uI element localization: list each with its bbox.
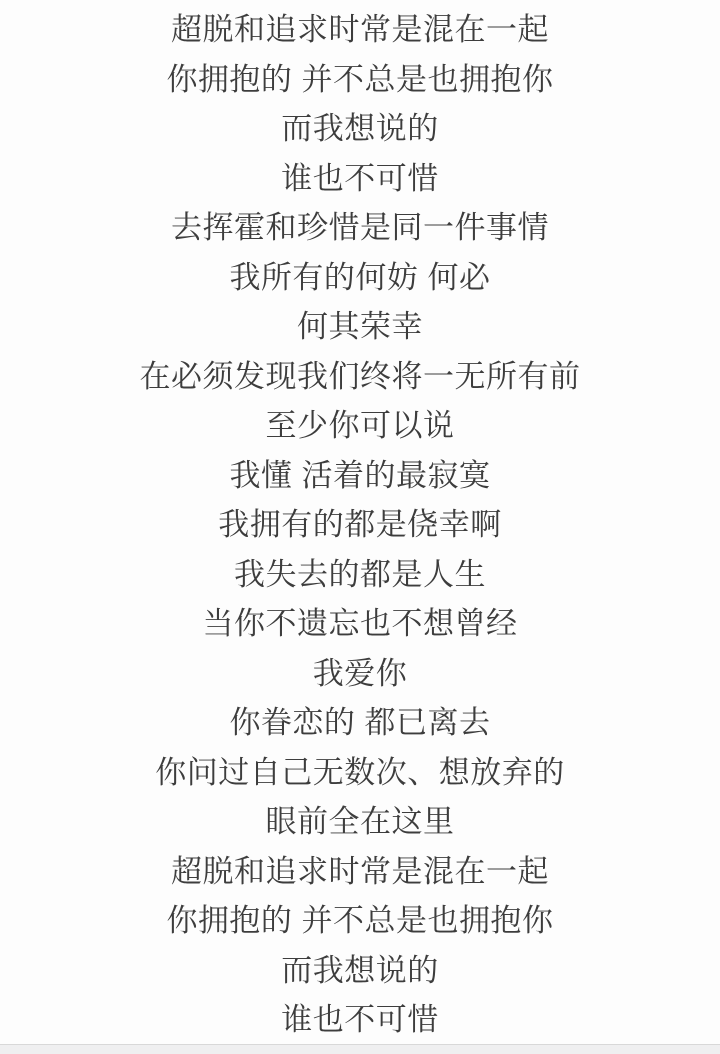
lyric-line: 我懂 活着的最寂寞 — [0, 451, 720, 501]
lyric-line: 当你不遗忘也不想曾经 — [0, 599, 720, 649]
lyric-line: 去挥霍和珍惜是同一件事情 — [0, 203, 720, 253]
lyric-line: 你眷恋的 都已离去 — [0, 698, 720, 748]
lyric-line: 你拥抱的 并不总是也拥抱你 — [0, 896, 720, 946]
lyric-line: 眼前全在这里 — [0, 797, 720, 847]
lyric-line: 而我想说的 — [0, 104, 720, 154]
lyric-line: 在必须发现我们终将一无所有前 — [0, 352, 720, 402]
lyric-line: 我拥有的都是侥幸啊 — [0, 500, 720, 550]
lyric-line: 至少你可以说 — [0, 401, 720, 451]
lyric-line: 超脱和追求时常是混在一起 — [0, 847, 720, 897]
lyric-line: 你问过自己无数次、想放弃的 — [0, 748, 720, 798]
lyrics-panel: 超脱和追求时常是混在一起 你拥抱的 并不总是也拥抱你 而我想说的 谁也不可惜 去… — [0, 0, 720, 1045]
lyric-line: 我失去的都是人生 — [0, 550, 720, 600]
lyric-line: 我所有的何妨 何必 — [0, 253, 720, 303]
lyric-line: 谁也不可惜 — [0, 995, 720, 1045]
lyric-line: 你拥抱的 并不总是也拥抱你 — [0, 55, 720, 105]
bottom-section-divider — [0, 1044, 720, 1054]
lyric-line: 何其荣幸 — [0, 302, 720, 352]
lyric-line: 超脱和追求时常是混在一起 — [0, 5, 720, 55]
lyric-line: 我爱你 — [0, 649, 720, 699]
lyric-line: 谁也不可惜 — [0, 154, 720, 204]
lyric-line: 而我想说的 — [0, 946, 720, 996]
